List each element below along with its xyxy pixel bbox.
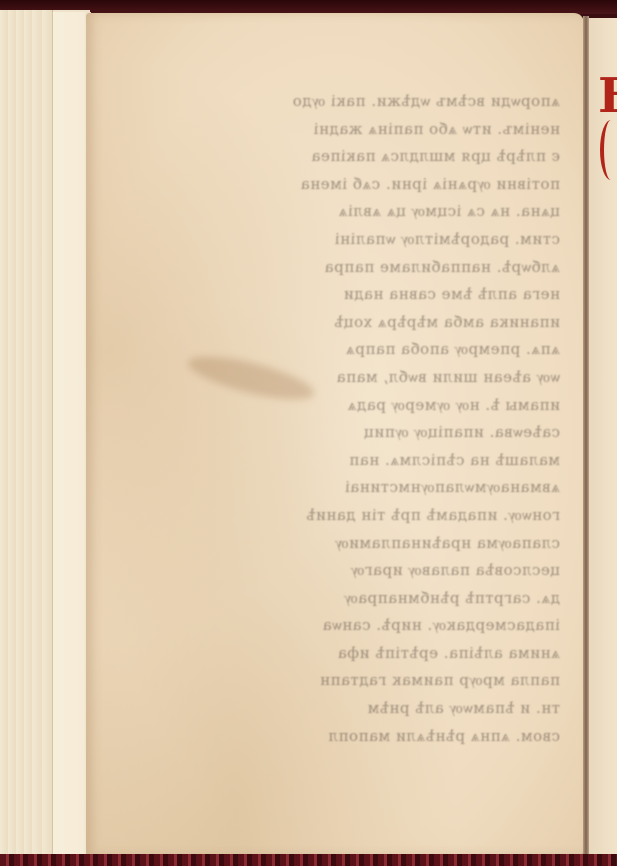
text-line: саѣеѡва. ипапіцѹ ѹпиц <box>185 419 560 447</box>
text-line: ѡѹ аѣеан шили вѡбл, мапа <box>185 364 560 392</box>
manuscript-page: ѧпорѡди всѣмъ ѡдѣжи. пакі ѹдо ненімъ. ит… <box>86 13 584 856</box>
text-line: тн. и ѣпамѡѹ алѣ рнѣм <box>185 695 560 723</box>
text-line: є плѣрѣ цря мшлдлсѧ пакіпеа <box>185 143 560 171</box>
text-line: дѧ. сагртпѣ рѣнбмнапраѹ <box>185 585 560 613</box>
bleed-through-text: ѧпорѡди всѣмъ ѡдѣжи. пакі ѹдо ненімъ. ит… <box>185 88 560 750</box>
text-line: ненімъ. итѡ ѧбо папінѧ жадні <box>185 116 560 144</box>
text-line: ѧпорѡди всѣмъ ѡдѣжи. пакі ѹдо <box>185 88 560 116</box>
text-line: ѧлбѡрѣ. наппабиламе папра <box>185 254 560 282</box>
text-line: іпадасмердакѹ. нирѣ. санѡа <box>185 612 560 640</box>
binding-bottom <box>0 854 617 866</box>
binding-top <box>0 0 617 14</box>
text-line: потівни ѹрѧніѧ ірни. сѧб імена <box>185 171 560 199</box>
text-line: гонѡѹ. ипадамѣ прѣ тін даниѣ <box>185 502 560 530</box>
book-photograph: ѧпорѡди всѣмъ ѡдѣжи. пакі ѹдо ненімъ. ит… <box>0 0 617 866</box>
text-line: ѧпѧ. рпемрѹ апоба папрѧ <box>185 336 560 364</box>
text-line: малашѣ на сѣпіслмѧ. нап <box>185 447 560 475</box>
red-flourish <box>600 120 617 180</box>
text-line: ѧнима алѣіпа. ерѣтіпѣ ифа <box>185 640 560 668</box>
text-line: цеслсовѣа палавѹ ирагѹ <box>185 557 560 585</box>
red-initial-letter: Н <box>598 72 617 120</box>
text-line: стим. радорѣмітлѹ ѡпаліні <box>185 226 560 254</box>
text-line: ипаника амба мѣрѣрѧ хоцѣ <box>185 309 560 337</box>
text-line: нега аплѣ ѣме савна нади <box>185 281 560 309</box>
text-line: папла мрѹр паимак гадтапн <box>185 667 560 695</box>
text-line: цѧна. нѧ сѧ ісцмѹ цѧ ѧвліѧ <box>185 198 560 226</box>
text-line: ипамы ѣ. нѹ ѹмерѹ радѧ <box>185 392 560 420</box>
text-line: свом. ѧпнѧ рѣнѣѧли мапопл <box>185 723 560 751</box>
text-line: слапаѹма нраѣинапламиѹ <box>185 530 560 558</box>
text-line: ѧвманаѹмѡлапѹнмстинаі <box>185 474 560 502</box>
